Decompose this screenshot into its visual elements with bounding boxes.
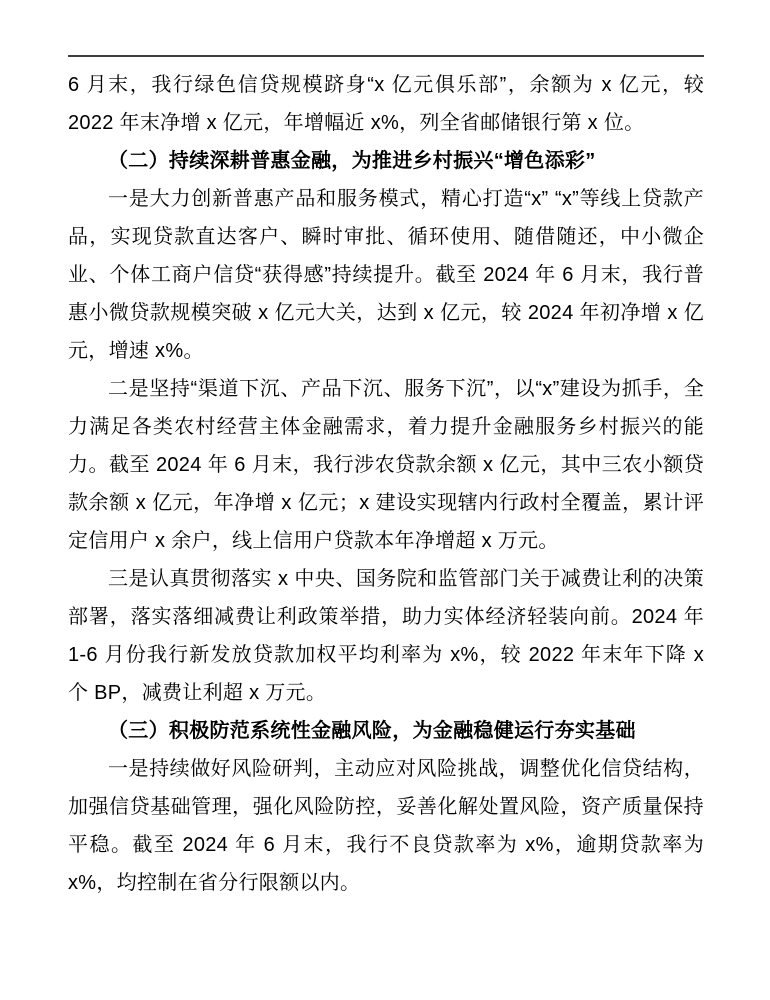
paragraph: 二是坚持“渠道下沉、产品下沉、服务下沉”，以“x”建设为抓手，全力满足各类农村经… <box>68 370 704 560</box>
paragraph: 一是持续做好风险研判，主动应对风险挑战，调整优化信贷结构，加强信贷基础管理，强化… <box>68 750 704 902</box>
paragraph: 6 月末，我行绿色信贷规模跻身“x 亿元俱乐部”，余额为 x 亿元，较 2022… <box>68 66 704 142</box>
paragraph: 一是大力创新普惠产品和服务模式，精心打造“x” “x”等线上贷款产品，实现贷款直… <box>68 180 704 370</box>
paragraph: 三是认真贯彻落实 x 中央、国务院和监管部门关于减费让利的决策部署，落实落细减费… <box>68 560 704 712</box>
document-page: 6 月末，我行绿色信贷规模跻身“x 亿元俱乐部”，余额为 x 亿元，较 2022… <box>0 0 770 1000</box>
document-body: 6 月末，我行绿色信贷规模跻身“x 亿元俱乐部”，余额为 x 亿元，较 2022… <box>68 66 704 902</box>
header-rule <box>68 55 704 57</box>
section-heading: （二）持续深耕普惠金融，为推进乡村振兴“增色添彩” <box>68 142 704 180</box>
section-heading: （三）积极防范系统性金融风险，为金融稳健运行夯实基础 <box>68 712 704 750</box>
